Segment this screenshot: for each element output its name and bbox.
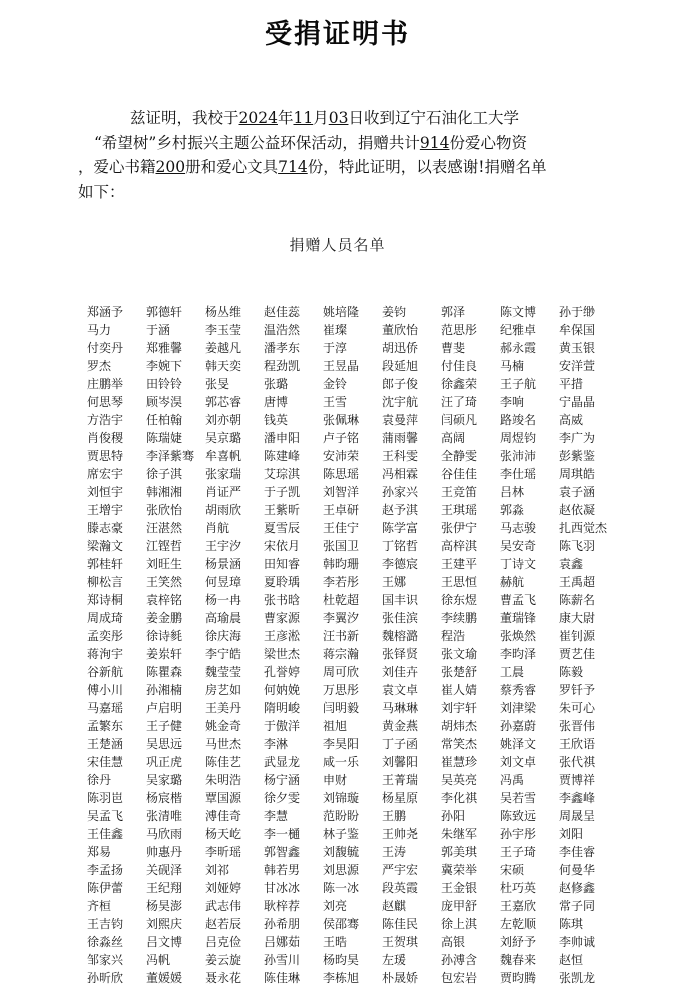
donor-name: 吴若雪 [500, 789, 559, 807]
donor-name: 陈瑞婕 [146, 429, 205, 447]
donor-name: 袁鑫 [559, 555, 618, 573]
donor-name: 徐丹 [87, 771, 146, 789]
donor-name: 吕文博 [146, 933, 205, 951]
donor-name: 张代祺 [559, 753, 618, 771]
donor-name: 姜云旋 [205, 951, 264, 969]
donor-name: 宋佳慧 [87, 753, 146, 771]
donor-name: 陈琪 [559, 915, 618, 933]
donor-name: 李玉莹 [205, 321, 264, 339]
donor-name: 周成琦 [87, 609, 146, 627]
donor-name: 李佳睿 [559, 843, 618, 861]
donor-name: 郑涵予 [87, 303, 146, 321]
donor-name: 马嘉瑶 [87, 699, 146, 717]
donor-name: 左瑗 [382, 951, 441, 969]
donor-name: 王晧 [323, 933, 382, 951]
donor-name: 咸一乐 [323, 753, 382, 771]
donor-name: 王增宇 [87, 501, 146, 519]
donor-name: 常笑杰 [441, 735, 500, 753]
donor-name: 冯禹 [500, 771, 559, 789]
donor-name: 张沛沛 [500, 447, 559, 465]
donor-name: 杨宁涵 [264, 771, 323, 789]
donor-name: 左乾顺 [500, 915, 559, 933]
donor-name: 赵麒 [382, 897, 441, 915]
donor-list-title: 捐赠人员名单 [0, 234, 675, 255]
donor-name: 郭美琪 [441, 843, 500, 861]
donor-name: 曹斐 [441, 339, 500, 357]
donor-name: 聂永花 [205, 969, 264, 987]
donor-name: 马楠 [500, 357, 559, 375]
donor-name: 徐东煜 [441, 591, 500, 609]
donor-name: 冯相霖 [382, 465, 441, 483]
donor-name: 邹家兴 [87, 951, 146, 969]
donor-name: 庄鹏举 [87, 375, 146, 393]
donor-name: 陈学富 [382, 519, 441, 537]
donor-name: 袁文卓 [382, 681, 441, 699]
donor-name: 刘思源 [323, 861, 382, 879]
donor-name: 程浩 [441, 627, 500, 645]
donor-name: 孙昕欣 [87, 969, 146, 987]
donor-name: 张伊宁 [441, 519, 500, 537]
donor-row: 蒋洵宇姜岽轩李宁皓梁世杰蒋宗瀚张铎贤张文瑜李昀泽贾艺佳 [87, 645, 618, 663]
donor-name: 王佳鑫 [87, 825, 146, 843]
donor-name: 何昱璋 [205, 573, 264, 591]
donor-name: 陈伊蕾 [87, 879, 146, 897]
donor-name: 韩昀珊 [323, 555, 382, 573]
donor-name: 黄金燕 [382, 717, 441, 735]
donor-name: 姚泽文 [500, 735, 559, 753]
donor-name: 贾博祥 [559, 771, 618, 789]
donor-name: 汪湛然 [146, 519, 205, 537]
donor-row: 齐桓杨昊澎武志伟耿梓荐刘亮赵麒庞甲舒王嘉欣常子同 [87, 897, 618, 915]
books-count: 200 [156, 158, 186, 176]
donor-name: 董欣怡 [382, 321, 441, 339]
donor-name: 徐鑫荣 [441, 375, 500, 393]
donor-name: 孙嘉蔚 [500, 717, 559, 735]
donor-name: 郎子俊 [382, 375, 441, 393]
donor-name: 陈飞羽 [559, 537, 618, 555]
donor-name: 王娜 [382, 573, 441, 591]
donor-name: 甘冰冰 [264, 879, 323, 897]
donor-name: 马世杰 [205, 735, 264, 753]
donor-name: 滕志豪 [87, 519, 146, 537]
donor-name: 帅惠丹 [146, 843, 205, 861]
donor-name: 陈一冰 [323, 879, 382, 897]
donor-name: 高瑜晨 [205, 609, 264, 627]
donor-name: 张欣怡 [146, 501, 205, 519]
donor-name: 肖俊稷 [87, 429, 146, 447]
donor-name: 周晟呈 [559, 807, 618, 825]
donor-name: 安洋萱 [559, 357, 618, 375]
donor-name: 贾思特 [87, 447, 146, 465]
donor-name: 孙溥含 [441, 951, 500, 969]
donor-name: 杨星原 [382, 789, 441, 807]
stationery-count: 714 [278, 158, 308, 176]
donor-name: 宁晶晶 [559, 393, 618, 411]
donor-name: 李化祺 [441, 789, 500, 807]
donor-name: 严宇宏 [382, 861, 441, 879]
donor-name: 刘旺生 [146, 555, 205, 573]
donor-name: 李泽紫骞 [146, 447, 205, 465]
donor-name: 张家瑞 [205, 465, 264, 483]
donor-name: 张旻 [205, 375, 264, 393]
donor-name: 赵修鑫 [559, 879, 618, 897]
donor-name: 马力 [87, 321, 146, 339]
donor-name: 朱继军 [441, 825, 500, 843]
donor-name: 孙希朋 [264, 915, 323, 933]
donor-row: 梁瀚文江铿哲王宇汐宋依月张国卫丁铭哲高梓淇吴安奇陈飞羽 [87, 537, 618, 555]
donor-name: 韩若男 [264, 861, 323, 879]
donor-row: 陈伊蕾王纪翔刘娅婷甘冰冰陈一冰段英霞王金银杜巧英赵修鑫 [87, 879, 618, 897]
donor-name: 张焕然 [500, 627, 559, 645]
donor-name: 卢子铭 [323, 429, 382, 447]
donor-name: 贾昀腾 [500, 969, 559, 987]
donor-name: 胡雨欣 [205, 501, 264, 519]
donor-row: 徐淼丝吕文博吕克俭吕娜茹王晧王贺琪高银刘紓予李帅诚 [87, 933, 618, 951]
paragraph-line-1: 兹证明，我校于2024年11月03日收到辽宁石油化工大学 [78, 106, 618, 131]
donor-name: 肖航 [205, 519, 264, 537]
donor-name: 于涵 [146, 321, 205, 339]
text-segment: 份，特此证明，以表感谢!捐赠名单 [308, 158, 547, 176]
donor-name: 徐庆海 [205, 627, 264, 645]
donor-name: 任柏翰 [146, 411, 205, 429]
donor-row: 王楚涵吴思远马世杰李淋李昊阳丁子函常笑杰姚泽文王欣语 [87, 735, 618, 753]
donor-name: 杨丛维 [205, 303, 264, 321]
donor-name: 冀荣举 [441, 861, 500, 879]
donor-name: 王涛 [382, 843, 441, 861]
donor-name: 姚金奇 [205, 717, 264, 735]
donor-name: 蔡秀睿 [500, 681, 559, 699]
donor-name: 范思彤 [441, 321, 500, 339]
donor-name: 曹孟飞 [500, 591, 559, 609]
donor-name: 杨景涵 [205, 555, 264, 573]
donor-name: 王笑然 [146, 573, 205, 591]
donor-name: 温浩然 [264, 321, 323, 339]
donor-name: 王禹超 [559, 573, 618, 591]
donor-name: 席宏宇 [87, 465, 146, 483]
donor-name: 王竞笛 [441, 483, 500, 501]
donor-name: 吴孟飞 [87, 807, 146, 825]
donor-name: 董瑞锋 [500, 609, 559, 627]
donor-name: 孙雪川 [264, 951, 323, 969]
donor-name: 周可欣 [323, 663, 382, 681]
donor-name: 王金银 [441, 879, 500, 897]
donor-name: 傅小川 [87, 681, 146, 699]
donor-name: 杨昀昊 [323, 951, 382, 969]
donor-name: 蒲雨馨 [382, 429, 441, 447]
donor-row: 柳松言王笑然何昱璋夏聆瑀李若彤王娜王思恒赫航王禹超 [87, 573, 618, 591]
donor-name: 姜岽轩 [146, 645, 205, 663]
donor-name: 郭德轩 [146, 303, 205, 321]
donor-row: 徐丹吴家璐朱明浩杨宁涵申财王菁瑞吴英亮冯禹贾博祥 [87, 771, 618, 789]
donor-name: 崔人婧 [441, 681, 500, 699]
donor-name: 夏雪辰 [264, 519, 323, 537]
donor-name: 崔慧珍 [441, 753, 500, 771]
donor-name: 齐桓 [87, 897, 146, 915]
donor-name: 王科雯 [382, 447, 441, 465]
donor-name: 陈文博 [500, 303, 559, 321]
donor-name: 李响 [500, 393, 559, 411]
certificate-paragraph: 兹证明，我校于2024年11月03日收到辽宁石油化工大学 “希望树”乡村振兴主题… [78, 106, 618, 204]
donor-name: 周煜钧 [500, 429, 559, 447]
donor-name: 赵若辰 [205, 915, 264, 933]
donor-name: 孙阳 [441, 807, 500, 825]
donor-name: 王建平 [441, 555, 500, 573]
donor-name: 李淋 [264, 735, 323, 753]
donor-name: 国丰识 [382, 591, 441, 609]
total-count: 914 [420, 134, 450, 152]
donor-name: 李广为 [559, 429, 618, 447]
donor-name: 胡迅侨 [382, 339, 441, 357]
donor-name: 马欣雨 [146, 825, 205, 843]
donor-name: 何思琴 [87, 393, 146, 411]
donor-name: 汪了琦 [441, 393, 500, 411]
donor-name: 姚培隆 [323, 303, 382, 321]
donor-name: 黄玉银 [559, 339, 618, 357]
donor-row: 陈羽岜杨宸楷覃国源徐夕雯刘锦璇杨星原李化祺吴若雪李鑫峰 [87, 789, 618, 807]
donor-name: 崔璨 [323, 321, 382, 339]
donor-name: 张铎贤 [382, 645, 441, 663]
donor-name: 李翼汐 [323, 609, 382, 627]
donor-row: 谷新航陈瞿森魏莹莹孔誉婷周可欣刘佳卉张楚舒工晨陈毅 [87, 663, 618, 681]
donor-name: 郑易 [87, 843, 146, 861]
donor-name: 蒋洵宇 [87, 645, 146, 663]
text-segment: “希望树”乡村振兴主题公益环保活动，捐赠共计 [94, 134, 420, 152]
donor-name: 魏春来 [500, 951, 559, 969]
donor-name: 李一樋 [264, 825, 323, 843]
donor-name: 袁曼萍 [382, 411, 441, 429]
donor-name-grid: 郑涵予郭德轩杨丛维赵佳蕊姚培隆姜钧郭泽陈文博孙于缈马力于涵李玉莹温浩然崔璨董欣怡… [87, 303, 618, 987]
donor-name: 巩正虎 [146, 753, 205, 771]
donor-name: 夏聆瑀 [264, 573, 323, 591]
donor-name: 王思恒 [441, 573, 500, 591]
donor-row: 郑涵予郭德轩杨丛维赵佳蕊姚培隆姜钧郭泽陈文博孙于缈 [87, 303, 618, 321]
donor-row: 王吉钧刘熙庆赵若辰孙希朋侯邵骞陈佳民徐上淇左乾顺陈琪 [87, 915, 618, 933]
donor-name: 郭桂轩 [87, 555, 146, 573]
donor-row: 郑易帅惠丹李昕瑶郭智鑫刘馥毓王涛郭美琪王子琦李佳睿 [87, 843, 618, 861]
donor-name: 王卓研 [323, 501, 382, 519]
donor-row: 刘恒宇韩湘湘肖证严于子凯刘智洋孙家兴王竞笛吕林袁子涵 [87, 483, 618, 501]
donor-name: 王子航 [500, 375, 559, 393]
donor-name: 陈瞿森 [146, 663, 205, 681]
donor-name: 万思彤 [323, 681, 382, 699]
donor-name: 田知睿 [264, 555, 323, 573]
donor-name: 高银 [441, 933, 500, 951]
donor-name: 吴安奇 [500, 537, 559, 555]
donor-name: 庞甲舒 [441, 897, 500, 915]
donor-name: 江铿哲 [146, 537, 205, 555]
donor-name: 工晨 [500, 663, 559, 681]
document-title: 受捐证明书 [0, 12, 675, 51]
donor-name: 王昱晶 [323, 357, 382, 375]
donor-row: 郭桂轩刘旺生杨景涵田知睿韩昀珊李德宸王建平丁诗文袁鑫 [87, 555, 618, 573]
donor-name: 孙宇彤 [500, 825, 559, 843]
donor-row: 罗杰李婉下韩天奕程劲凯王昱晶段延旭付佳良马楠安洋萱 [87, 357, 618, 375]
year-value: 2024 [239, 109, 278, 127]
text-segment: 月 [313, 109, 329, 127]
donor-name: 何曼华 [559, 861, 618, 879]
donor-row: 孟繁东王子健姚金奇于傲洋祖旭黄金燕胡炜杰孙嘉蔚张晋伟 [87, 717, 618, 735]
donor-name: 陈佳琳 [264, 969, 323, 987]
donor-name: 付佳良 [441, 357, 500, 375]
donor-name: 赵依凝 [559, 501, 618, 519]
donor-name: 武志伟 [205, 897, 264, 915]
donor-name: 李孟扬 [87, 861, 146, 879]
donor-name: 闫明毅 [323, 699, 382, 717]
donor-name: 张璐 [264, 375, 323, 393]
donor-name: 韩天奕 [205, 357, 264, 375]
donor-name: 刘娅婷 [205, 879, 264, 897]
donor-row: 滕志豪汪湛然肖航夏雪辰王佳宁陈学富张伊宁马志骏扎西觉杰 [87, 519, 618, 537]
donor-row: 方浩宇任柏翰刘亦朝钱英张佩琳袁曼萍闫硕凡路竣名高威 [87, 411, 618, 429]
donor-row: 李孟扬关砚泽刘祁韩若男刘思源严宇宏冀荣举宋硕何曼华 [87, 861, 618, 879]
donor-name: 马志骏 [500, 519, 559, 537]
donor-name: 刘熙庆 [146, 915, 205, 933]
donor-name: 赵予淇 [382, 501, 441, 519]
donor-name: 徐上淇 [441, 915, 500, 933]
day-value: 03 [329, 109, 349, 127]
donor-name: 姜金鹏 [146, 609, 205, 627]
donor-name: 王宇汐 [205, 537, 264, 555]
donor-name: 张晋伟 [559, 717, 618, 735]
donor-name: 刘智洋 [323, 483, 382, 501]
donor-name: 崔钊源 [559, 627, 618, 645]
donor-name: 杨昊澎 [146, 897, 205, 915]
donor-name: 卢启明 [146, 699, 205, 717]
donor-name: 肖证严 [205, 483, 264, 501]
donor-name: 段延旭 [382, 357, 441, 375]
donor-name: 李栋旭 [323, 969, 382, 987]
donor-name: 扎西觉杰 [559, 519, 618, 537]
donor-name: 安沛荣 [323, 447, 382, 465]
text-segment: 册和爱心文具 [185, 158, 278, 176]
donor-row: 孙昕欣董媛媛聂永花陈佳琳李栋旭朴晟娇包宏岩贾昀腾张凯龙 [87, 969, 618, 987]
donor-name: 高威 [559, 411, 618, 429]
donor-name: 闫硕凡 [441, 411, 500, 429]
donor-name: 申财 [323, 771, 382, 789]
donor-row: 王增宇张欣怡胡雨欣王紫昕王卓研赵予淇王琪瑶郭淼赵依凝 [87, 501, 618, 519]
donor-name: 张书晗 [264, 591, 323, 609]
donor-row: 付奕丹郑雅馨姜越凡潘孝东于淳胡迅侨曹斐郝永霞黄玉银 [87, 339, 618, 357]
donor-name: 吕娜茹 [264, 933, 323, 951]
donor-name: 陈佳民 [382, 915, 441, 933]
donor-name: 陈致远 [500, 807, 559, 825]
paragraph-line-3: ，爱心书籍200册和爱心文具714份，特此证明，以表感谢!捐赠名单 [78, 155, 618, 180]
donor-name: 覃国源 [205, 789, 264, 807]
donor-name: 王彦淞 [264, 627, 323, 645]
text-segment: 年 [278, 109, 294, 127]
donor-name: 刘文卓 [500, 753, 559, 771]
donor-name: 胡炜杰 [441, 717, 500, 735]
donor-name: 李德宸 [382, 555, 441, 573]
donor-name: 孟繁东 [87, 717, 146, 735]
donor-name: 徐夕雯 [264, 789, 323, 807]
donor-name: 刘馥毓 [323, 843, 382, 861]
donor-name: 金铃 [323, 375, 382, 393]
donor-name: 魏榕潞 [382, 627, 441, 645]
donor-name: 李仕瑶 [500, 465, 559, 483]
donor-name: 张文瑜 [441, 645, 500, 663]
donor-name: 范盼盼 [323, 807, 382, 825]
donor-name: 周琪皓 [559, 465, 618, 483]
donor-name: 顾岑淏 [146, 393, 205, 411]
donor-name: 林子鉴 [323, 825, 382, 843]
donor-name: 杜乾超 [323, 591, 382, 609]
donor-name: 陈佳艺 [205, 753, 264, 771]
donor-name: 郑雅馨 [146, 339, 205, 357]
donor-name: 李昕瑶 [205, 843, 264, 861]
donor-name: 徐子淇 [146, 465, 205, 483]
donor-name: 罗钎予 [559, 681, 618, 699]
donor-name: 刘亦朝 [205, 411, 264, 429]
donor-row: 肖俊稷陈瑞婕吴京璐潘申阳卢子铭蒲雨馨高阔周煜钧李广为 [87, 429, 618, 447]
donor-name: 郭淼 [500, 501, 559, 519]
donor-name: 王帅尧 [382, 825, 441, 843]
donor-row: 孟奕彤徐诗毵徐庆海王彦淞汪书新魏榕潞程浩张焕然崔钊源 [87, 627, 618, 645]
donor-name: 李鑫峰 [559, 789, 618, 807]
donor-name: 杜巧英 [500, 879, 559, 897]
donor-name: 张楚舒 [441, 663, 500, 681]
donor-name: 李续鹏 [441, 609, 500, 627]
donor-name: 孙于缈 [559, 303, 618, 321]
donor-name: 王吉钧 [87, 915, 146, 933]
donor-name: 吴英亮 [441, 771, 500, 789]
donor-name: 刘恒宇 [87, 483, 146, 501]
donor-name: 陈毅 [559, 663, 618, 681]
donor-name: 于子凯 [264, 483, 323, 501]
donor-name: 谷新航 [87, 663, 146, 681]
donor-name: 潘申阳 [264, 429, 323, 447]
donor-name: 李昊阳 [323, 735, 382, 753]
text-segment: 份爱心物资 [449, 134, 527, 152]
donor-name: 张佩琳 [323, 411, 382, 429]
donor-name: 付奕丹 [87, 339, 146, 357]
donor-name: 罗杰 [87, 357, 146, 375]
donor-name: 董媛媛 [146, 969, 205, 987]
donor-name: 宋硕 [500, 861, 559, 879]
donor-name: 王鹏 [382, 807, 441, 825]
donor-name: 李昀泽 [500, 645, 559, 663]
donor-name: 王嘉欣 [500, 897, 559, 915]
donor-name: 吕林 [500, 483, 559, 501]
donor-name: 王琪瑶 [441, 501, 500, 519]
donor-name: 耿梓荐 [264, 897, 323, 915]
donor-name: 张国卫 [323, 537, 382, 555]
donor-name: 王子琦 [500, 843, 559, 861]
donor-name: 刘亮 [323, 897, 382, 915]
donor-name: 吴家璐 [146, 771, 205, 789]
donor-name: 路竣名 [500, 411, 559, 429]
donor-name: 纪雅卓 [500, 321, 559, 339]
donor-name: 包宏岩 [441, 969, 500, 987]
donor-name: 程劲凯 [264, 357, 323, 375]
donor-name: 吕克俭 [205, 933, 264, 951]
donor-row: 马嘉瑶卢启明王美丹隋明峻闫明毅马琳琳刘宇轩刘津梁朱可心 [87, 699, 618, 717]
text-segment: ，爱心书籍 [78, 158, 156, 176]
donor-name: 冯帆 [146, 951, 205, 969]
donor-name: 何妠娩 [264, 681, 323, 699]
donor-name: 潘孝东 [264, 339, 323, 357]
donor-name: 韩湘湘 [146, 483, 205, 501]
donor-name: 王欣语 [559, 735, 618, 753]
donor-name: 郭智鑫 [264, 843, 323, 861]
donor-name: 全静雯 [441, 447, 500, 465]
donor-row: 周成琦姜金鹏高瑜晨曹家源李翼汐张佳滨李续鹏董瑞锋康大尉 [87, 609, 618, 627]
donor-row: 庄鹏举田铃铃张旻张璐金铃郎子俊徐鑫荣王子航平措 [87, 375, 618, 393]
donor-name: 蒋宗瀚 [323, 645, 382, 663]
paragraph-line-2: “希望树”乡村振兴主题公益环保活动，捐赠共计914份爱心物资 [78, 131, 618, 156]
donor-name: 祖旭 [323, 717, 382, 735]
donor-name: 刘锦璇 [323, 789, 382, 807]
